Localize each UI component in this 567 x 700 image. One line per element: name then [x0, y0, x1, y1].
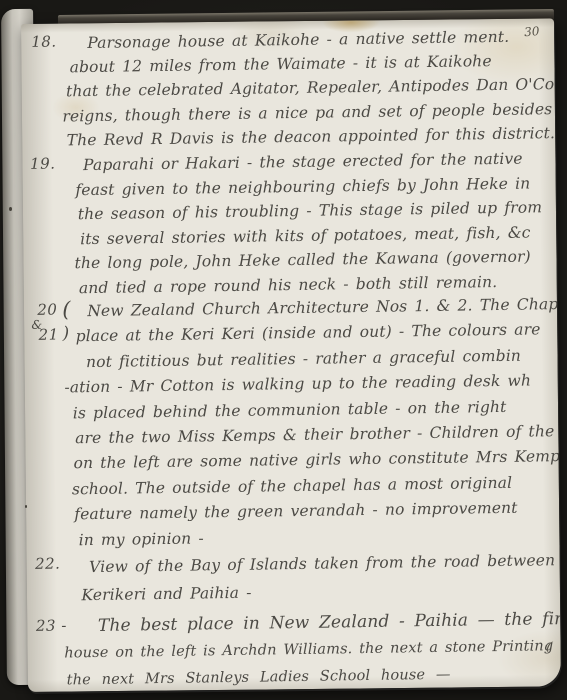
- entry-text: Parsonage house at Kaikohe - a native se…: [79, 24, 549, 152]
- entry-number: 23 -: [36, 616, 67, 634]
- entry-text: The best place in New Zealand - Paihia —…: [88, 606, 557, 692]
- entry-text: View of the Bay of Islands taken from th…: [87, 546, 556, 609]
- photo-backdrop: 30 18. Parsonage house at Kaikohe - a na…: [0, 0, 567, 700]
- entry-text: Paparahi or Hakari - the stage erected f…: [81, 146, 551, 300]
- entry-number: 19.: [30, 155, 56, 173]
- entry-number: 22.: [35, 555, 61, 573]
- closing-brace: ): [62, 323, 69, 343]
- journal-entry-19: 19. Paparahi or Hakari - the stage erect…: [33, 146, 551, 301]
- grouping-brace: (: [62, 297, 71, 321]
- entry-number: 18.: [31, 33, 57, 51]
- journal-entry-20-21: 20 ( & 21 ) New Zealand Church Architect…: [35, 292, 555, 554]
- manuscript-line: Kerikeri and Paihia -: [81, 574, 555, 609]
- ink-speck: [9, 207, 12, 211]
- manuscript-page: 30 18. Parsonage house at Kaikohe - a na…: [21, 18, 561, 692]
- entry-number-21: 21: [38, 326, 58, 344]
- journal-entry-18: 18. Parsonage house at Kaikohe - a nativ…: [31, 24, 549, 153]
- entry-number-20: 20: [37, 301, 57, 319]
- ink-speck: [25, 505, 27, 508]
- entry-text: New Zealand Church Architecture Nos 1. &…: [83, 292, 555, 553]
- journal-entry-22: 22. View of the Bay of Islands taken fro…: [39, 546, 556, 610]
- entry-number: 20 ( & 21 ): [35, 300, 82, 353]
- journal-entry-23: 23 - The best place in New Zealand - Pai…: [40, 606, 557, 692]
